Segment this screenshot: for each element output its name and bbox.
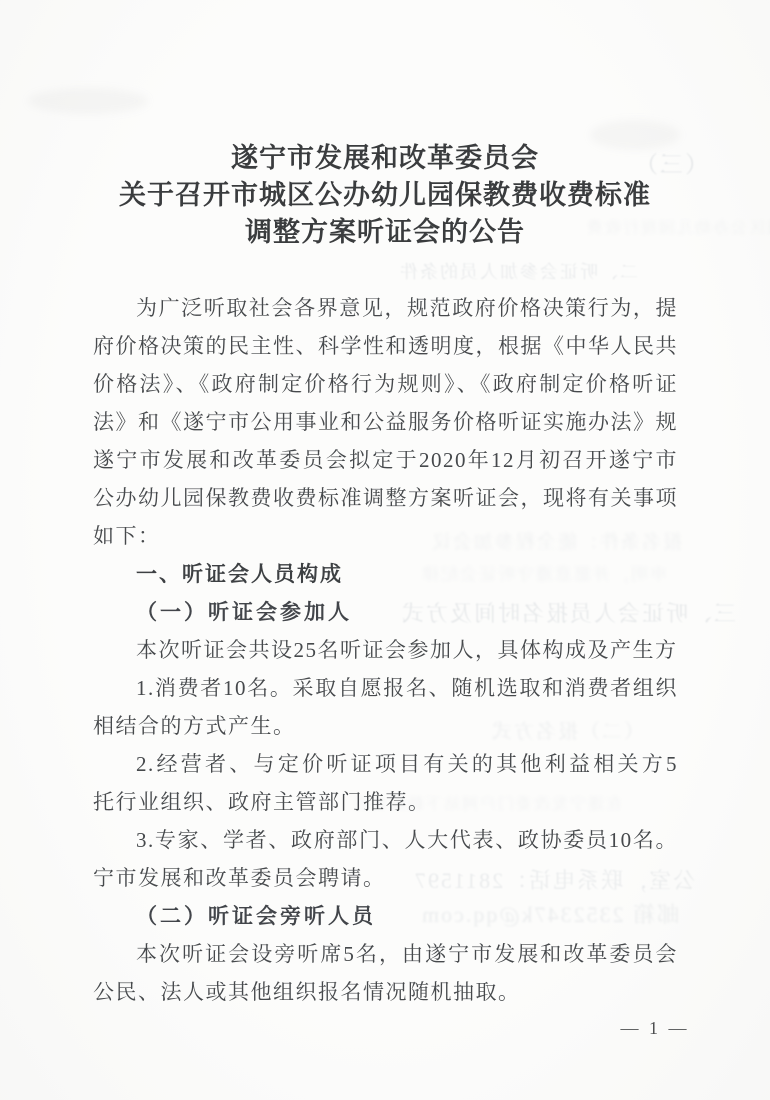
body-line: 公办幼儿园保教费收费标准调整方案听证会，现将有关事项公告 [93,479,678,517]
body-line: 托行业组织、政府主管部门推荐。 [93,783,678,821]
body-line: 本次听证会共设25名听证会参加人，具体构成及产生方式为： [93,631,678,669]
body-line: 府价格决策的民主性、科学性和透明度，根据《中华人民共和国 [93,327,678,365]
body-line: 1.消费者10名。采取自愿报名、随机选取和消费者组织推荐 [93,669,678,707]
body-line: 遂宁市发展和改革委员会拟定于2020年12月初召开遂宁市城区 [93,441,678,479]
section-heading: （一）听证会参加人 [93,593,678,631]
scan-smudge [28,88,148,114]
body-line: 3.专家、学者、政府部门、人大代表、政协委员10名。由遂 [93,821,678,859]
body-line: 公民、法人或其他组织报名情况随机抽取。 [93,973,678,1011]
body-line: 相结合的方式产生。 [93,707,678,745]
section-heading: 一、听证会人员构成 [93,555,678,593]
body-line: 如下： [93,517,678,555]
body-line: 本次听证会设旁听席5名，由遂宁市发展和改革委员会根据 [93,935,678,973]
scanned-document-page: （三）市城区公办幼儿园现行收费二、听证会参加人员的条件报名条件：能全程参加会议申… [0,0,770,1100]
document-title: 遂宁市发展和改革委员会 关于召开市城区公办幼儿园保教费收费标准 调整方案听证会的… [70,140,700,251]
section-heading: （二）听证会旁听人员 [93,897,678,935]
body-line: 为广泛听取社会各界意见，规范政府价格决策行为，提高政 [93,289,678,327]
title-line-2: 关于召开市城区公办幼儿园保教费收费标准 [70,177,700,214]
body-line: 2.经营者、与定价听证项目有关的其他利益相关方5名。委 [93,745,678,783]
title-line-3: 调整方案听证会的公告 [70,214,700,251]
bleed-through-text: 二、听证会参加人员的条件 [398,258,638,284]
body-line: 价格法》、《政府制定价格行为规则》、《政府制定价格听证办 [93,365,678,403]
document-body: 为广泛听取社会各界意见，规范政府价格决策行为，提高政府价格决策的民主性、科学性和… [93,289,678,1011]
body-line: 法》和《遂宁市公用事业和公益服务价格听证实施办法》规定， [93,403,678,441]
title-line-1: 遂宁市发展和改革委员会 [70,140,700,177]
page-number: — 1 — [600,1018,710,1039]
body-line: 宁市发展和改革委员会聘请。 [93,859,678,897]
